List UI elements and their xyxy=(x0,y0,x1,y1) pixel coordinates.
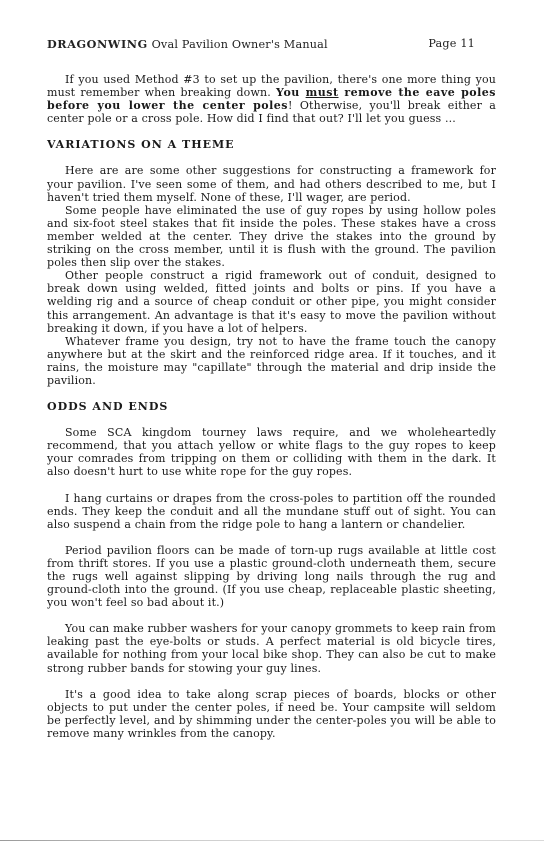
page-body: If you used Method #3 to set up the pavi… xyxy=(47,73,496,740)
page-header: DRAGONWING Oval Pavilion Owner's Manual … xyxy=(47,37,475,51)
paragraph: Whatever frame you design, try not to ha… xyxy=(47,335,496,387)
running-title: DRAGONWING Oval Pavilion Owner's Manual xyxy=(47,37,328,51)
paragraph: Some SCA kingdom tourney laws require, a… xyxy=(47,426,496,478)
section-heading-odds-and-ends: ODDS AND ENDS xyxy=(47,400,496,413)
intro-paragraph: If you used Method #3 to set up the pavi… xyxy=(47,73,496,125)
page-number: Page 11 xyxy=(428,37,475,51)
section-heading-variations: VARIATIONS ON A THEME xyxy=(47,138,496,151)
scan-edge-line xyxy=(0,840,544,841)
paragraph: Other people construct a rigid framework… xyxy=(47,269,496,334)
brand-name: DRAGONWING xyxy=(47,37,148,51)
emphasis-must: must xyxy=(306,86,339,99)
paragraph: Some people have eliminated the use of g… xyxy=(47,204,496,269)
paragraph: You can make rubber washers for your can… xyxy=(47,622,496,674)
paragraph: It's a good idea to take along scrap pie… xyxy=(47,688,496,740)
manual-title: Oval Pavilion Owner's Manual xyxy=(152,38,328,51)
paragraph: Period pavilion floors can be made of to… xyxy=(47,544,496,609)
manual-page: DRAGONWING Oval Pavilion Owner's Manual … xyxy=(0,0,544,848)
warning-text-start: You xyxy=(276,86,306,99)
paragraph: I hang curtains or drapes from the cross… xyxy=(47,492,496,531)
paragraph: Here are are some other suggestions for … xyxy=(47,164,496,203)
